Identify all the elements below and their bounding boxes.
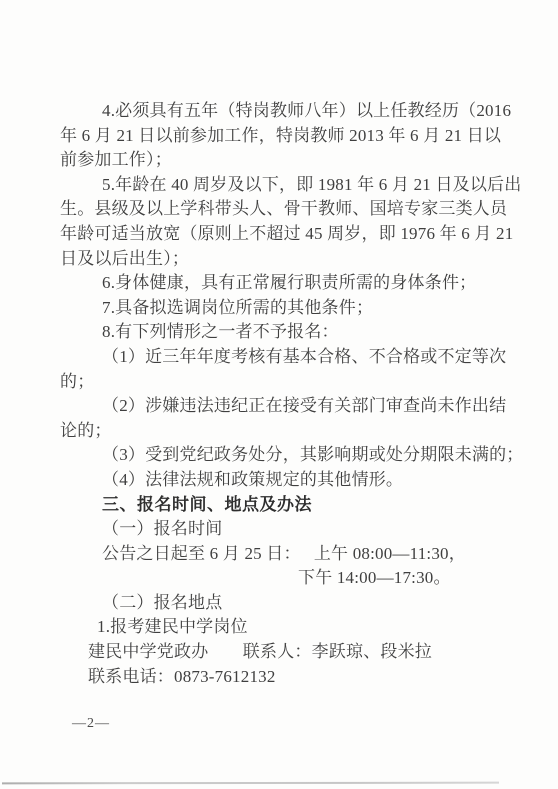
text-line-requirement-5: 5.年龄在 40 周岁及以下，即 1981 年 6 月 21 日及以后出 <box>60 173 497 198</box>
document-page: 4.必须具有五年（特岗教师八年）以上任教经历（2016 年 6 月 21 日以前… <box>0 0 558 789</box>
text-line-contact-person: 建民中学党政办 联系人：李跃琼、段米拉 <box>60 640 497 665</box>
text-line-exclusion-4: （4）法律法规和政策规定的其他情形。 <box>60 468 497 493</box>
text-line: 生。县级及以上学科带头人、骨干教师、国培专家三类人员 <box>60 197 497 222</box>
text-line: 论的； <box>60 419 497 444</box>
text-line-requirement-4: 4.必须具有五年（特岗教师八年）以上任教经历（2016 <box>60 99 497 124</box>
text-line-position: 1.报考建民中学岗位 <box>60 615 497 640</box>
text-line: 的； <box>60 370 497 395</box>
document-body: 4.必须具有五年（特岗教师八年）以上任教经历（2016 年 6 月 21 日以前… <box>60 99 497 689</box>
text-line-requirement-7: 7.具备拟选调岗位所需的其他条件； <box>60 296 497 321</box>
text-line-contact-phone: 联系电话：0873-7612132 <box>60 665 497 690</box>
text-line: 年龄可适当放宽（原则上不超过 45 周岁，即 1976 年 6 月 21 <box>60 222 497 247</box>
text-line: 前参加工作）； <box>60 148 497 173</box>
text-line: 年 6 月 21 日以前参加工作，特岗教师 2013 年 6 月 21 日以 <box>60 124 497 149</box>
section-heading-registration: 三、报名时间、地点及办法 <box>60 493 497 518</box>
scan-edge-line <box>2 782 499 785</box>
page-number: —2— <box>72 716 110 732</box>
subsection-heading-time: （一）报名时间 <box>60 517 497 542</box>
text-line-registration-time: 公告之日起至 6 月 25 日： 上午 08:00—11:30， <box>60 542 497 567</box>
text-line-requirement-6: 6.身体健康，具有正常履行职责所需的身体条件； <box>60 271 497 296</box>
text-line-exclusion-1: （1）近三年年度考核有基本合格、不合格或不定等次 <box>60 345 497 370</box>
text-line-afternoon-time: 下午 14:00—17:30。 <box>60 566 497 591</box>
text-line-exclusion-2: （2）涉嫌违法违纪正在接受有关部门审查尚未作出结 <box>60 394 497 419</box>
text-line-exclusion-3: （3）受到党纪政务处分，其影响期或处分期限未满的； <box>60 443 497 468</box>
text-line: 日及以后出生）； <box>60 247 497 272</box>
subsection-heading-location: （二）报名地点 <box>60 591 497 616</box>
text-line-requirement-8: 8.有下列情形之一者不予报名： <box>60 320 497 345</box>
